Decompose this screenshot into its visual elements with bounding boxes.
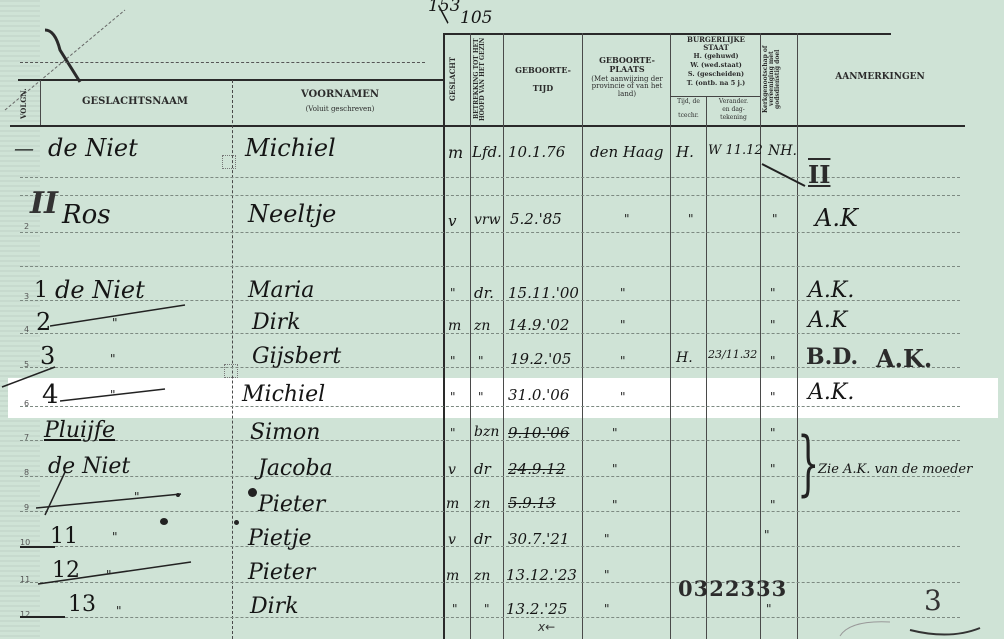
header-bs-tijd-2: tcechr. — [671, 113, 706, 119]
cell-aanmerking: A.K. — [808, 380, 854, 405]
cell-kerk: " — [770, 498, 776, 512]
cell-kerk: NH. — [768, 143, 797, 159]
row-line — [20, 195, 960, 196]
row-lead-mark: 13 — [68, 592, 96, 617]
cell-geboortetijd: 24.9.12 — [508, 460, 565, 478]
row-lead-mark: — — [14, 136, 34, 160]
cell-voornamen: Gijsbert — [252, 344, 341, 369]
cell-betrekking: zn — [474, 318, 490, 334]
cell-kerk: " — [764, 528, 770, 542]
cell-geboortetijd: 13.2.'25 — [506, 600, 567, 618]
arrow-stroke-icon — [760, 160, 810, 190]
ditto-stroke-icon — [36, 490, 186, 512]
cell-voornamen: Pieter — [258, 492, 325, 517]
cell-geboorteplaats: " — [624, 212, 630, 226]
cell-geslacht: m — [446, 568, 459, 584]
cell-voornamen: Pietje — [248, 526, 312, 551]
page-ref-bottom: 105 — [460, 8, 492, 28]
margin-number: 2 — [24, 222, 29, 231]
cell-voornamen: Pieter — [248, 560, 315, 585]
cell-geslachtsnaam: Ros — [62, 200, 111, 230]
bs-subheader-rule — [670, 96, 760, 97]
header-geboortetijd-2: TIJD — [505, 84, 581, 92]
cell-betrekking: dr — [474, 530, 491, 548]
cell-betrekking: bzn — [474, 424, 499, 440]
register-card: 153 / 105 VOLGN. GESLACHTSNAAM VOORNAMEN… — [0, 0, 1004, 639]
strike-stroke-icon — [36, 558, 196, 588]
header-voornamen: VOORNAMEN — [250, 90, 430, 101]
cell-voornamen: Neeltje — [248, 200, 336, 228]
cell-voornamen: Simon — [250, 420, 320, 445]
cell-bs-datum: W 11.12 — [708, 143, 763, 158]
cell-geboortetijd: 10.1.76 — [508, 143, 565, 161]
margin-number: 3 — [24, 292, 29, 301]
cell-kerk: " — [766, 602, 772, 616]
header-bs-verander-2: en dag- — [707, 107, 760, 113]
cell-geboortetijd: 5.9.13 — [508, 494, 556, 512]
col-divider-geboorteplaats — [670, 33, 671, 639]
cell-geboortetijd: 9.10.'06 — [508, 424, 569, 442]
cell-kerk: " — [770, 426, 776, 440]
stamp-box-icon — [222, 155, 236, 169]
cell-geboorteplaats: " — [612, 462, 618, 476]
cell-geboortetijd: 15.11.'00 — [508, 284, 579, 302]
cell-geboorteplaats: den Haag — [590, 143, 663, 161]
cell-betrekking: Lfd. — [472, 143, 502, 161]
header-bs-verander: Verander. — [707, 99, 760, 105]
cell-betrekking: zn — [474, 496, 490, 512]
row-line — [20, 406, 960, 407]
cell-bs: " — [688, 212, 694, 226]
row-line — [20, 266, 960, 267]
cell-kerk: " — [770, 318, 776, 332]
cell-geboorteplaats: " — [612, 498, 618, 512]
col-divider-voornamen — [443, 33, 445, 639]
cell-geboortetijd: 30.7.'21 — [508, 530, 569, 548]
cell-geslacht: m — [448, 318, 461, 334]
cell-geslacht: " — [450, 354, 456, 368]
col-divider-kerk — [797, 33, 798, 639]
cell-aanmerking-stamp: B.D. — [806, 344, 858, 370]
header-geboortetijd-1: GEBOORTE- — [505, 66, 581, 74]
cell-geslacht: " — [450, 390, 456, 404]
cell-geboorteplaats: " — [612, 426, 618, 440]
cell-geboorteplaats: " — [604, 532, 610, 546]
header-voornamen-sub: (Voluit geschreven) — [250, 106, 430, 113]
header-dash-line — [20, 62, 425, 63]
margin-number: 4 — [24, 325, 29, 334]
cell-kerk: " — [772, 212, 778, 226]
cell-betrekking: dr — [474, 460, 491, 478]
cell-betrekking: " — [478, 354, 484, 368]
cell-geboorteplaats: " — [620, 286, 626, 300]
cell-geslacht: " — [450, 426, 456, 440]
cell-geslachtsnaam: Pluijfe — [44, 418, 115, 443]
margin-number: 7 — [24, 433, 29, 442]
header-bs-2: STAAT — [672, 44, 760, 51]
cell-voornamen: Dirk — [250, 594, 299, 619]
margin-number: 8 — [24, 468, 29, 477]
pencil-curve-icon — [810, 600, 1000, 639]
header-kerkgenootschap: Kerkgenootschap of vereeniging met godsd… — [763, 36, 795, 122]
lead-dash — [20, 616, 65, 618]
cell-geboortetijd: 14.9.'02 — [508, 316, 569, 334]
header-bs-tijd: Tijd, de — [671, 99, 706, 105]
cell-geslacht: m — [448, 143, 463, 162]
col-divider-volgnr — [40, 80, 41, 125]
col-divider-geslacht — [470, 33, 471, 639]
row-lead-mark: 2 — [36, 308, 51, 336]
cell-geslacht: v — [448, 212, 456, 230]
margin-number: 11 — [20, 575, 30, 584]
cell-geboorteplaats: " — [620, 318, 626, 332]
row-line — [20, 232, 960, 233]
header-geslachtsnaam: GESLACHTSNAAM — [60, 97, 210, 108]
ditto-stroke-icon — [50, 300, 190, 330]
cell-geslacht: v — [448, 462, 456, 478]
cell-aanmerking: A.K — [815, 204, 858, 232]
cell-bs-datum: 23/11.32 — [708, 348, 757, 361]
cell-geboortetijd: 13.12.'23 — [506, 566, 577, 584]
header-geboorteplaats-sub: (Met aanwijzing der provincie of van het… — [588, 76, 666, 98]
cell-voornamen: Maria — [248, 278, 314, 303]
cell-aanmerking: II — [808, 160, 830, 189]
stamp-box-icon — [224, 364, 238, 378]
row-lead-mark: II — [30, 186, 58, 221]
cell-betrekking: " — [484, 602, 490, 616]
col-divider-bs-sub — [706, 97, 707, 639]
cell-aanmerking: A.K. — [808, 278, 854, 303]
margin-number: 9 — [24, 503, 29, 512]
cell-aanmerking-stamp-2: A.K. — [876, 344, 932, 373]
cell-geslachtsnaam: " — [110, 352, 116, 366]
cell-kerk: " — [770, 390, 776, 404]
cell-betrekking: vrw — [474, 212, 501, 228]
row-lead-mark: 4 — [42, 380, 59, 410]
archive-stamp-number: 0322333 — [678, 576, 787, 601]
cell-geslacht: m — [446, 496, 459, 512]
ditto-stroke-icon — [60, 385, 170, 405]
col-divider-bs — [760, 33, 761, 639]
cell-voornamen: Michiel — [242, 382, 325, 407]
cell-geboorteplaats: " — [620, 354, 626, 368]
header-bs-s: S. (gescheiden) — [672, 71, 760, 78]
header-bs-verander-3: tekening — [707, 115, 760, 121]
header-aanmerkingen: AANMERKINGEN — [805, 73, 955, 82]
header-geslacht: GESLACHT — [449, 38, 465, 120]
col-divider-betrekking — [503, 33, 504, 639]
cell-geboortetijd: 31.0.'06 — [508, 386, 569, 404]
bracket-note: Zie A.K. van de moeder — [818, 462, 972, 477]
cell-voornamen: Jacoba — [258, 456, 333, 481]
ink-blot-icon — [248, 488, 257, 497]
cell-betrekking: dr. — [474, 284, 494, 302]
header-bottom-rule — [10, 125, 965, 127]
ink-blot-icon — [234, 520, 239, 525]
cell-geslacht: v — [448, 532, 456, 548]
cell-geslacht: " — [450, 286, 456, 300]
header-top-rule-right — [443, 33, 891, 35]
margin-number: 6 — [24, 399, 29, 408]
cell-kerk: " — [770, 354, 776, 368]
col-divider-geboortetijd — [582, 33, 583, 639]
cell-geslachtsnaam: " — [112, 530, 118, 544]
cell-aanmerking: A.K — [808, 308, 847, 333]
cell-kerk: " — [770, 462, 776, 476]
cell-geboortetijd: 5.2.'85 — [510, 210, 562, 228]
header-bs-w: W. (wed.staat) — [672, 62, 760, 69]
header-bs-t: T. (ontb. na 5 j.) — [672, 80, 760, 87]
header-betrekking: BETREKKING TOT HET HOOFD VAN HET GEZIN — [474, 36, 500, 122]
cell-bs: H. — [676, 143, 694, 161]
cell-geboorteplaats: " — [604, 568, 610, 582]
cell-voornamen: Michiel — [245, 134, 336, 162]
cell-kerk: " — [770, 286, 776, 300]
ink-blot-icon — [160, 518, 168, 525]
row-lead-mark: 1 — [34, 278, 48, 303]
cell-geslachtsnaam: " — [116, 604, 122, 618]
cell-geboortetijd: 19.2.'05 — [510, 350, 571, 368]
header-volgnr: VOLGN. — [20, 86, 32, 122]
cell-bs: H. — [676, 350, 693, 366]
cell-betrekking: zn — [474, 568, 490, 584]
cell-voornamen: Dirk — [252, 310, 301, 335]
cell-geslacht: " — [452, 602, 458, 616]
bracket-icon: } — [797, 428, 819, 498]
arrow-mark: x← — [538, 620, 555, 634]
header-bs-h: H. (gehuwd) — [672, 53, 760, 60]
cell-betrekking: " — [478, 390, 484, 404]
header-top-rule-left — [18, 79, 443, 81]
cell-geboorteplaats: " — [620, 390, 626, 404]
cell-geboorteplaats: " — [604, 602, 610, 616]
header-geboorteplaats-2: PLAATS — [584, 65, 670, 73]
lead-dash — [20, 546, 55, 548]
cell-geslachtsnaam: de Niet — [48, 134, 138, 162]
